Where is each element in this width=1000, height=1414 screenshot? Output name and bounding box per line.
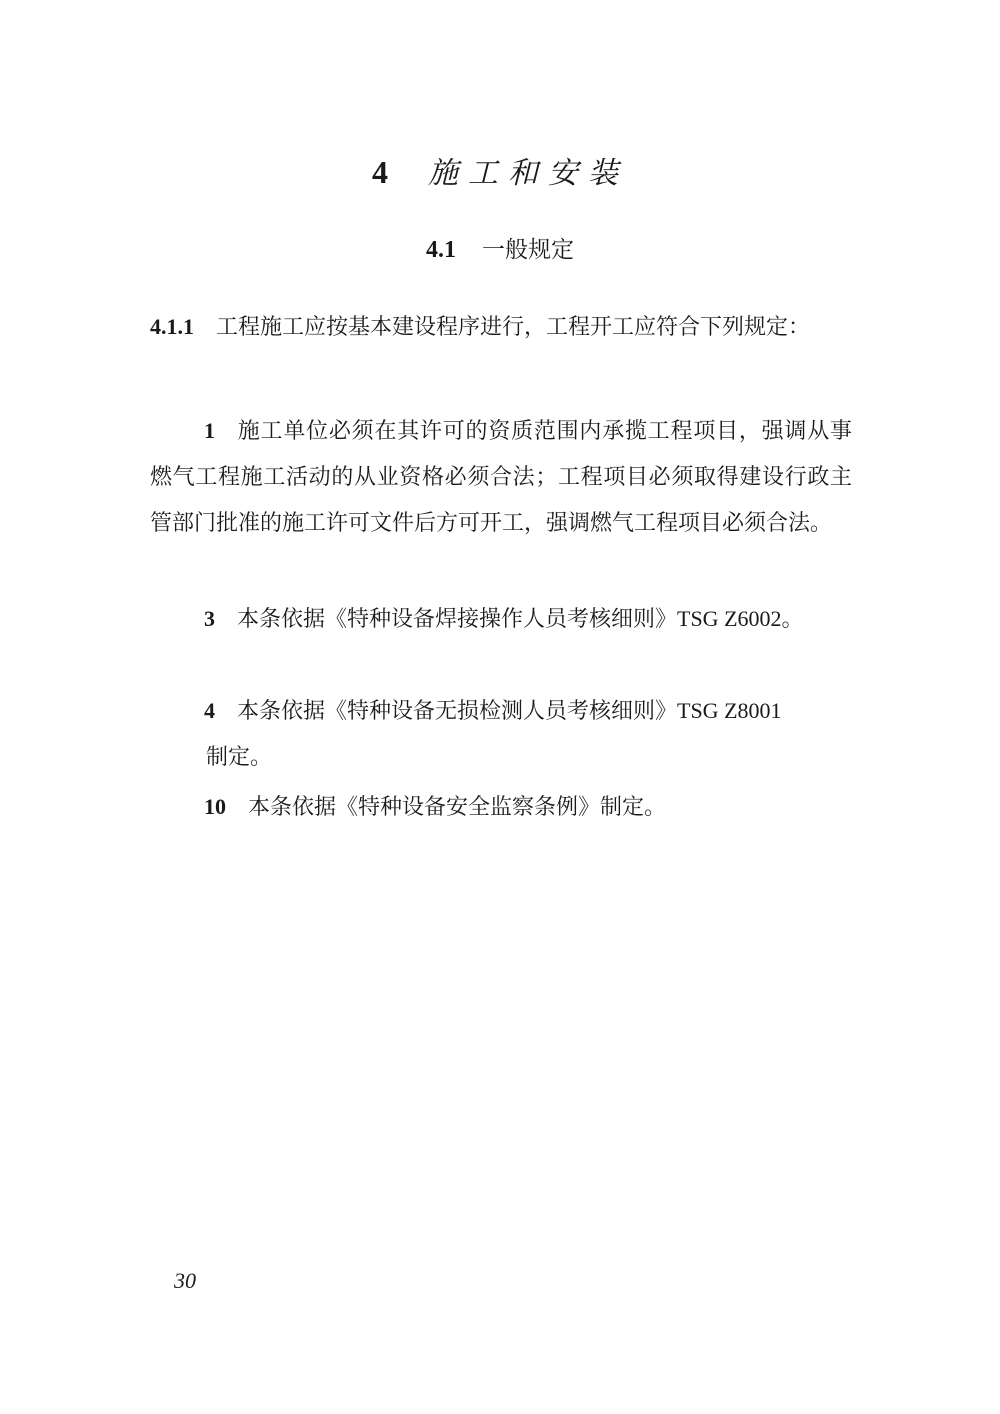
item-number: 1 (204, 418, 215, 443)
item-text: 本条依据《特种设备安全监察条例》制定。 (248, 794, 666, 819)
clause-4-1-1: 4.1.1工程施工应按基本建设程序进行，工程开工应符合下列规定： (150, 304, 852, 350)
item-text: 施工单位必须在其许可的资质范围内承揽工程项目，强调从事燃气工程施工活动的从业资格… (150, 418, 852, 535)
chapter-title: 施工和安装 (428, 156, 628, 191)
list-item: 3本条依据《特种设备焊接操作人员考核细则》TSG Z6002。 (150, 596, 852, 642)
section-title: 一般规定 (482, 237, 574, 263)
chapter-number: 4 (372, 154, 388, 190)
item-number: 4 (204, 698, 215, 723)
page-number: 30 (174, 1268, 196, 1294)
item-text: 本条依据《特种设备无损检测人员考核细则》TSG Z8001 (237, 698, 782, 723)
item-text: 本条依据《特种设备焊接操作人员考核细则》TSG Z6002。 (237, 606, 804, 631)
list-item: 4本条依据《特种设备无损检测人员考核细则》TSG Z8001 制定。 (150, 688, 852, 780)
item-text-continuation: 制定。 (206, 744, 272, 769)
list-item: 1施工单位必须在其许可的资质范围内承揽工程项目，强调从事燃气工程施工活动的从业资… (150, 408, 852, 546)
chapter-heading: 4施工和安装 (0, 146, 1000, 200)
section-heading: 4.1一般规定 (0, 230, 1000, 270)
section-number: 4.1 (426, 237, 456, 263)
document-page: 4施工和安装 4.1一般规定 4.1.1工程施工应按基本建设程序进行，工程开工应… (0, 0, 1000, 1414)
item-number: 3 (204, 606, 215, 631)
list-item: 10本条依据《特种设备安全监察条例》制定。 (150, 784, 852, 830)
clause-text: 工程施工应按基本建设程序进行，工程开工应符合下列规定： (216, 314, 810, 339)
item-number: 10 (204, 794, 226, 819)
clause-number: 4.1.1 (150, 314, 194, 339)
